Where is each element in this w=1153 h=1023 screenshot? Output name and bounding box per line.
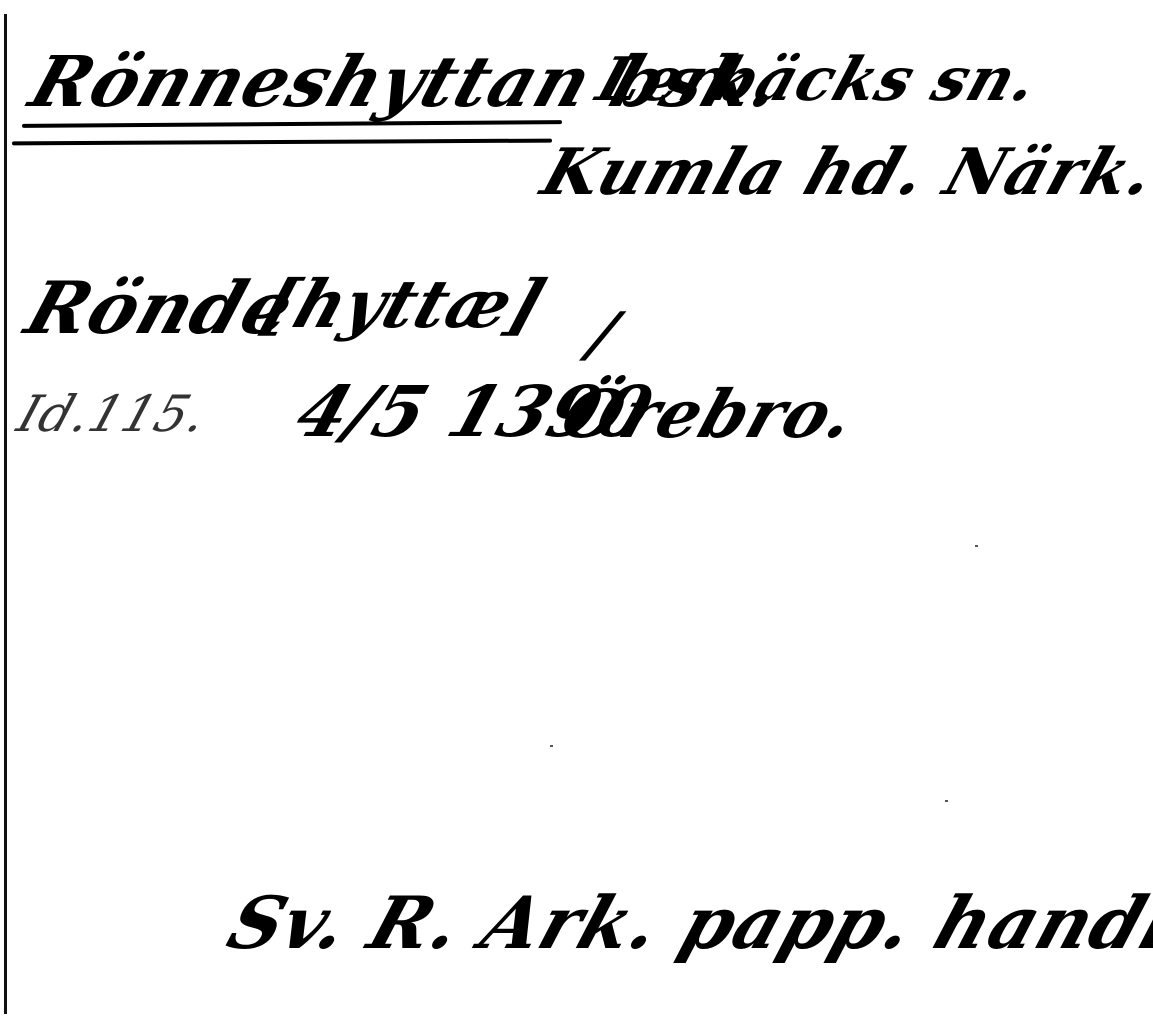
- parish-text: Lerbäcks sn.: [589, 45, 1048, 115]
- reference-text: Id.115.: [11, 385, 216, 443]
- place-text: Örebro.: [552, 375, 865, 453]
- scan-speck: [550, 745, 553, 747]
- headword-double-underline: [12, 139, 552, 146]
- index-card: Rönneshyttan bsk. Lerbäcks sn. Kumla hd.…: [0, 0, 1153, 1023]
- scan-speck: [945, 800, 948, 802]
- district-text: Kumla hd. Närk.: [533, 135, 1153, 210]
- left-margin-rule: [4, 14, 7, 1014]
- source-text: Sv. R. Ark. papp. handl.: [218, 880, 1153, 965]
- variant-bracket: [hyttæ]: [252, 265, 556, 343]
- separator-slash: /: [581, 300, 627, 370]
- scan-speck: [975, 545, 978, 547]
- headword-name: Rönneshyttan: [21, 40, 603, 123]
